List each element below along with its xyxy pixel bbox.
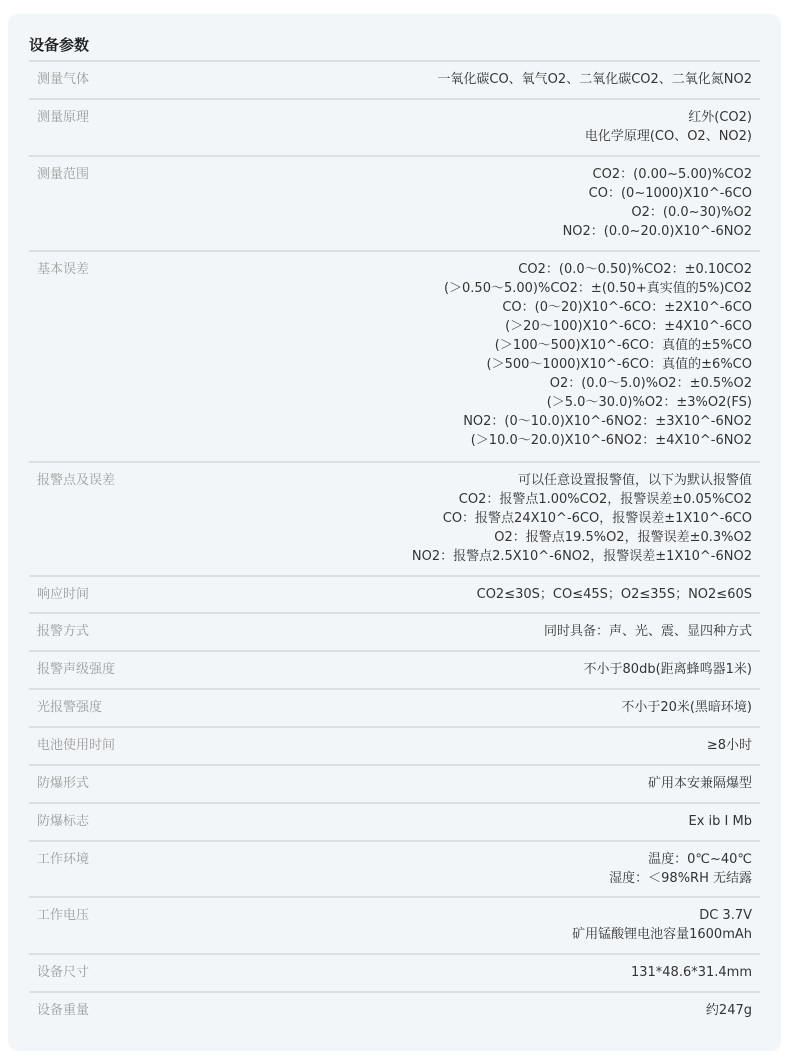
param-value: Ex ib I Mb	[689, 812, 752, 831]
param-row: 报警点及误差可以任意设置报警值，以下为默认报警值CO2：报警点1.00%CO2，…	[29, 463, 760, 577]
param-row: 光报警强度不小于20米(黑暗环境)	[29, 690, 760, 728]
param-value-line: Ex ib I Mb	[689, 812, 752, 831]
param-value-line: NO2：(0～10.0)X10^-6NO2：±3X10^-6NO2	[444, 412, 752, 431]
param-value-line: (＞20～100)X10^-6CO：±4X10^-6CO	[444, 317, 752, 336]
param-value: CO2：(0.0～0.50)%CO2：±0.10CO2(＞0.50～5.00)%…	[444, 260, 752, 450]
param-value-line: 矿用本安兼隔爆型	[648, 774, 752, 793]
param-value: 不小于20米(黑暗环境)	[621, 698, 752, 717]
param-label: 报警方式	[37, 622, 89, 641]
param-label: 工作电压	[37, 906, 89, 925]
param-value: 矿用本安兼隔爆型	[648, 774, 752, 793]
param-value-line: O2：报警点19.5%O2，报警误差±0.3%O2	[412, 528, 752, 547]
param-value: 红外(CO2)电化学原理(CO、O2、NO2)	[585, 108, 752, 146]
param-label: 设备重量	[37, 1001, 89, 1020]
section-title: 设备参数	[29, 14, 760, 62]
param-row: 测量范围CO2：(0.00~5.00)%CO2CO：(0~1000)X10^-6…	[29, 157, 760, 252]
param-row: 防爆形式矿用本安兼隔爆型	[29, 766, 760, 804]
param-row: 工作电压DC 3.7V矿用锰酸锂电池容量1600mAh	[29, 898, 760, 955]
param-row: 基本误差CO2：(0.0～0.50)%CO2：±0.10CO2(＞0.50～5.…	[29, 252, 760, 463]
param-value-line: CO2≤30S；CO≤45S；O2≤35S；NO2≤60S	[477, 585, 752, 604]
param-row: 工作环境温度：0℃~40℃湿度：＜98%RH 无结露	[29, 842, 760, 898]
param-label: 工作环境	[37, 850, 89, 869]
param-row: 电池使用时间≥8小时	[29, 728, 760, 766]
param-value-line: 约247g	[706, 1001, 752, 1020]
param-value-line: 可以任意设置报警值，以下为默认报警值	[412, 471, 752, 490]
param-value-line: 同时具备：声、光、震、显四种方式	[544, 622, 752, 641]
param-row: 设备重量约247g	[29, 993, 760, 1031]
param-label: 测量气体	[37, 70, 89, 89]
param-row: 测量原理红外(CO2)电化学原理(CO、O2、NO2)	[29, 100, 760, 157]
param-value-line: 131*48.6*31.4mm	[631, 963, 752, 982]
param-value: CO2≤30S；CO≤45S；O2≤35S；NO2≤60S	[477, 585, 752, 604]
device-params-card: 设备参数 测量气体一氧化碳CO、氧气O2、二氧化碳CO2、二氧化氮NO2测量原理…	[8, 14, 781, 1051]
param-value-line: O2：(0.0～5.0)%O2：±0.5%O2	[444, 374, 752, 393]
param-value-line: 温度：0℃~40℃	[609, 850, 752, 869]
param-value: 同时具备：声、光、震、显四种方式	[544, 622, 752, 641]
param-label: 防爆形式	[37, 774, 89, 793]
param-value-line: 湿度：＜98%RH 无结露	[609, 869, 752, 888]
param-value: 约247g	[706, 1001, 752, 1020]
param-value-line: CO：(0~1000)X10^-6CO	[563, 184, 752, 203]
param-value-line: (＞5.0～30.0)%O2：±3%O2(FS)	[444, 393, 752, 412]
param-value-line: CO2：报警点1.00%CO2，报警误差±0.05%CO2	[412, 490, 752, 509]
param-row: 报警声级强度不小于80db(距离蜂鸣器1米)	[29, 652, 760, 690]
param-value: CO2：(0.00~5.00)%CO2CO：(0~1000)X10^-6COO2…	[563, 165, 752, 241]
param-label: 测量原理	[37, 108, 89, 127]
param-label: 响应时间	[37, 585, 89, 604]
param-row: 防爆标志Ex ib I Mb	[29, 804, 760, 842]
param-value-line: 电化学原理(CO、O2、NO2)	[585, 127, 752, 146]
param-value-line: NO2：报警点2.5X10^-6NO2，报警误差±1X10^-6NO2	[412, 547, 752, 566]
param-value-line: CO2：(0.0～0.50)%CO2：±0.10CO2	[444, 260, 752, 279]
param-value-line: CO2：(0.00~5.00)%CO2	[563, 165, 752, 184]
param-value: 一氧化碳CO、氧气O2、二氧化碳CO2、二氧化氮NO2	[437, 70, 752, 89]
param-value-line: DC 3.7V	[572, 906, 752, 925]
param-value-line: O2：(0.0~30)%O2	[563, 203, 752, 222]
param-value-line: (＞10.0～20.0)X10^-6NO2：±4X10^-6NO2	[444, 431, 752, 450]
param-value-line: 红外(CO2)	[585, 108, 752, 127]
param-value-line: 一氧化碳CO、氧气O2、二氧化碳CO2、二氧化氮NO2	[437, 70, 752, 89]
param-value: 温度：0℃~40℃湿度：＜98%RH 无结露	[609, 850, 752, 888]
params-table: 测量气体一氧化碳CO、氧气O2、二氧化碳CO2、二氧化氮NO2测量原理红外(CO…	[29, 62, 760, 1031]
param-value: DC 3.7V矿用锰酸锂电池容量1600mAh	[572, 906, 752, 944]
param-label: 测量范围	[37, 165, 89, 184]
param-label: 报警声级强度	[37, 660, 115, 679]
param-value-line: 矿用锰酸锂电池容量1600mAh	[572, 925, 752, 944]
param-label: 电池使用时间	[37, 736, 115, 755]
param-value: 可以任意设置报警值，以下为默认报警值CO2：报警点1.00%CO2，报警误差±0…	[412, 471, 752, 566]
param-label: 基本误差	[37, 260, 89, 279]
param-value-line: 不小于80db(距离蜂鸣器1米)	[584, 660, 752, 679]
param-value-line: (＞100～500)X10^-6CO：真值的±5%CO	[444, 336, 752, 355]
param-label: 设备尺寸	[37, 963, 89, 982]
param-value-line: CO：报警点24X10^-6CO，报警误差±1X10^-6CO	[412, 509, 752, 528]
param-row: 测量气体一氧化碳CO、氧气O2、二氧化碳CO2、二氧化氮NO2	[29, 62, 760, 100]
param-row: 报警方式同时具备：声、光、震、显四种方式	[29, 614, 760, 652]
param-label: 报警点及误差	[37, 471, 115, 490]
param-value-line: ≥8小时	[707, 736, 752, 755]
param-row: 设备尺寸131*48.6*31.4mm	[29, 955, 760, 993]
param-value-line: (＞0.50～5.00)%CO2：±(0.50+真实值的5%)CO2	[444, 279, 752, 298]
param-label: 光报警强度	[37, 698, 102, 717]
param-value: 不小于80db(距离蜂鸣器1米)	[584, 660, 752, 679]
param-value-line: 不小于20米(黑暗环境)	[621, 698, 752, 717]
param-value: ≥8小时	[707, 736, 752, 755]
param-value-line: (＞500～1000)X10^-6CO：真值的±6%CO	[444, 355, 752, 374]
param-label: 防爆标志	[37, 812, 89, 831]
param-row: 响应时间CO2≤30S；CO≤45S；O2≤35S；NO2≤60S	[29, 577, 760, 614]
param-value-line: NO2：(0.0~20.0)X10^-6NO2	[563, 222, 752, 241]
param-value-line: CO：(0～20)X10^-6CO：±2X10^-6CO	[444, 298, 752, 317]
param-value: 131*48.6*31.4mm	[631, 963, 752, 982]
